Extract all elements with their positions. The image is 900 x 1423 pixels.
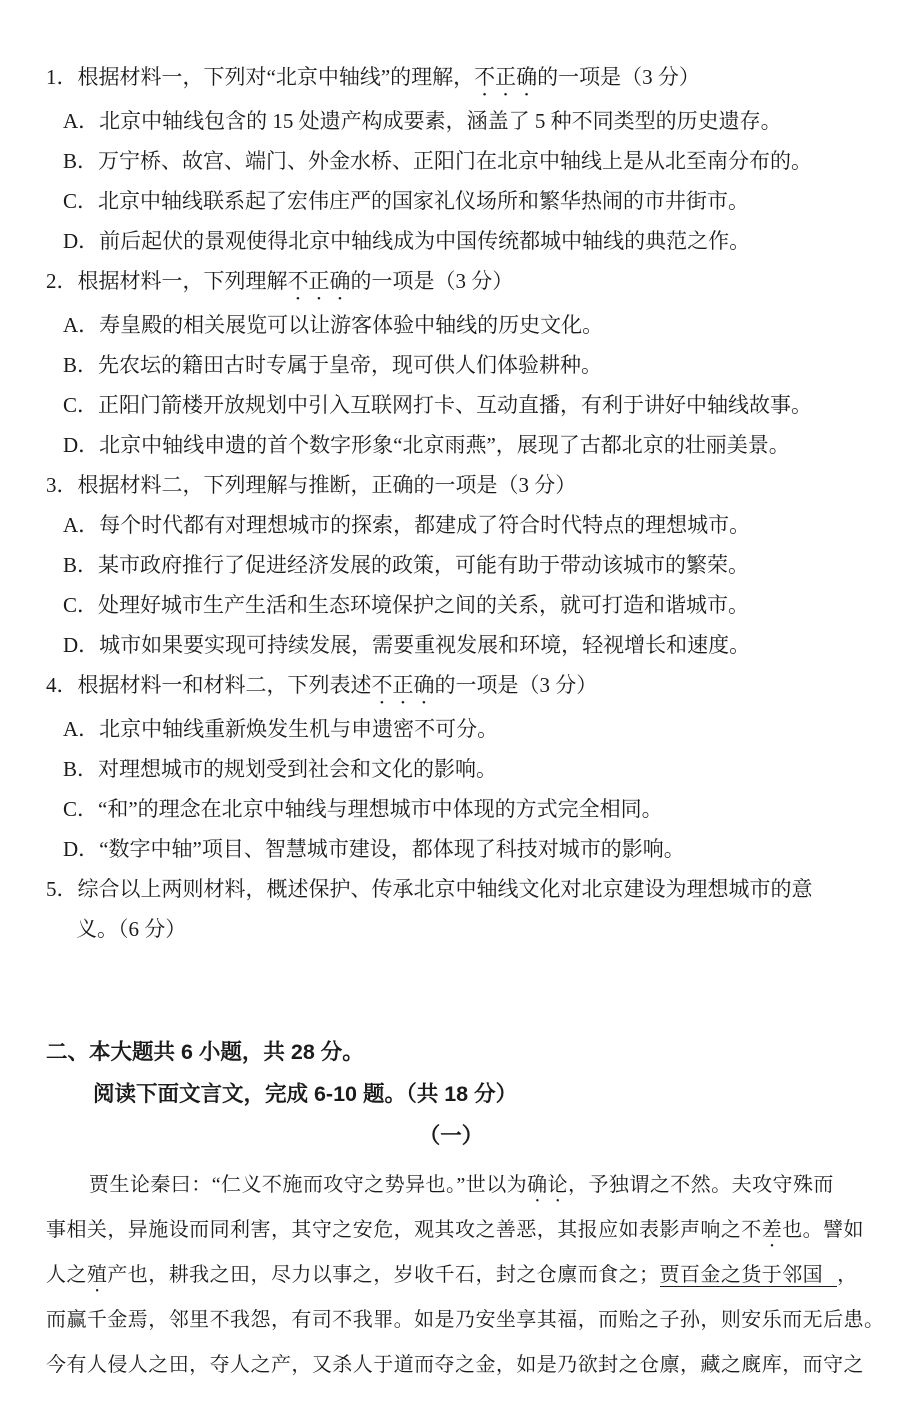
answer-option: D．前后起伏的景观使得北京中轴线成为中国传统都城中轴线的典范之作。 bbox=[46, 221, 856, 261]
question-number: 1． bbox=[46, 65, 78, 89]
text-run: 贾生论秦曰：“仁义不施而攻守之势异也。”世以为 bbox=[89, 1174, 527, 1196]
question-number: 5． bbox=[46, 877, 78, 901]
option-text: 正阳门箭楼开放规划中引入互联网打卡、互动直播，有利于讲好中轴线故事。 bbox=[98, 393, 812, 417]
text-run: 根据材料二，下列理解与推断，正确的一项是（3 分） bbox=[78, 473, 577, 497]
text-run: 也。譬如 bbox=[782, 1219, 864, 1241]
answer-option: A．每个时代都有对理想城市的探索，都建成了符合时代特点的理想城市。 bbox=[46, 505, 856, 545]
question-number: 4． bbox=[46, 673, 78, 697]
answer-option: B．万宁桥、故宫、端门、外金水桥、正阳门在北京中轴线上是从北至南分布的。 bbox=[46, 141, 856, 181]
option-label: A． bbox=[63, 109, 99, 133]
answer-option: D．城市如果要实现可持续发展，需要重视发展和环境，轻视增长和速度。 bbox=[46, 625, 856, 665]
answer-option: B．对理想城市的规划受到社会和文化的影响。 bbox=[46, 749, 856, 789]
exam-page: 1．根据材料一，下列对“北京中轴线”的理解，不正确的一项是（3 分）A．北京中轴… bbox=[0, 0, 900, 1423]
passage-part-label: （一） bbox=[46, 1115, 856, 1158]
answer-option: C．“和”的理念在北京中轴线与理想城市中体现的方式完全相同。 bbox=[46, 789, 856, 829]
passage-line: 事相关，异施设而同利害，其守之安危，观其攻之善恶，其报应如表影声响之不差也。譬如 bbox=[46, 1208, 856, 1253]
option-label: D． bbox=[63, 229, 99, 253]
option-text: 北京中轴线包含的 15 处遗产构成要素，涵盖了 5 种不同类型的历史遗存。 bbox=[99, 109, 782, 133]
emphasized-text: 差 bbox=[762, 1219, 782, 1241]
answer-option: C．正阳门箭楼开放规划中引入互联网打卡、互动直播，有利于讲好中轴线故事。 bbox=[46, 385, 856, 425]
emphasized-text: 殖 bbox=[87, 1264, 107, 1286]
answer-option: A．北京中轴线包含的 15 处遗产构成要素，涵盖了 5 种不同类型的历史遗存。 bbox=[46, 101, 856, 141]
text-run: 事相关，异施设而同利害，其守之安危，观其攻之善恶，其报应如表影声响之不 bbox=[46, 1219, 762, 1241]
option-label: B． bbox=[63, 353, 98, 377]
option-text: 北京中轴线申遗的首个数字形象“北京雨燕”，展现了古都北京的壮丽美景。 bbox=[99, 433, 790, 457]
option-text: 寿皇殿的相关展览可以让游客体验中轴线的历史文化。 bbox=[99, 313, 603, 337]
option-label: D． bbox=[63, 837, 99, 861]
passage-line: 人之殖产也，耕我之田，尽力以事之，岁收千石，封之仓廪而食之；贾百金之货于邻国， bbox=[46, 1253, 856, 1298]
emphasized-text: 不正确 bbox=[288, 269, 351, 293]
underlined-text: 贾百金之货于邻国 bbox=[660, 1264, 838, 1287]
question-4: 4．根据材料一和材料二，下列表述不正确的一项是（3 分）A．北京中轴线重新焕发生… bbox=[46, 665, 856, 869]
question-stem: 3．根据材料二，下列理解与推断，正确的一项是（3 分） bbox=[46, 465, 856, 505]
text-run: 的一项是（3 分） bbox=[351, 269, 514, 293]
reading-instruction: 阅读下面文言文，完成 6-10 题。（共 18 分） bbox=[46, 1073, 856, 1115]
text-run: 综合以上两则材料，概述保护、传承北京中轴线文化对北京建设为理想城市的意 bbox=[78, 877, 813, 901]
option-label: D． bbox=[63, 633, 99, 657]
option-text: 北京中轴线重新焕发生机与申遗密不可分。 bbox=[99, 717, 498, 741]
question-stem-continuation: 义。（6 分） bbox=[46, 909, 856, 949]
option-label: A． bbox=[63, 717, 99, 741]
option-label: A． bbox=[63, 313, 99, 337]
text-run: 的一项是（3 分） bbox=[537, 65, 700, 89]
answer-option: B．某市政府推行了促进经济发展的政策，可能有助于带动该城市的繁荣。 bbox=[46, 545, 856, 585]
emphasized-text: 不正确 bbox=[474, 65, 537, 89]
answer-option: C．处理好城市生产生活和生态环境保护之间的关系，就可打造和谐城市。 bbox=[46, 585, 856, 625]
question-stem: 2．根据材料一，下列理解不正确的一项是（3 分） bbox=[46, 261, 856, 305]
question-3: 3．根据材料二，下列理解与推断，正确的一项是（3 分）A．每个时代都有对理想城市… bbox=[46, 465, 856, 665]
option-text: 万宁桥、故宫、端门、外金水桥、正阳门在北京中轴线上是从北至南分布的。 bbox=[98, 149, 812, 173]
option-label: C． bbox=[63, 393, 98, 417]
text-run: 根据材料一，下列对“北京中轴线”的理解， bbox=[78, 65, 475, 89]
option-text: 某市政府推行了促进经济发展的政策，可能有助于带动该城市的繁荣。 bbox=[98, 553, 749, 577]
option-label: C． bbox=[63, 593, 98, 617]
text-run: 根据材料一和材料二，下列表述 bbox=[78, 673, 372, 697]
emphasized-text: 不正确 bbox=[372, 673, 435, 697]
option-label: C． bbox=[63, 189, 98, 213]
passage-line: 今有人侵人之田，夺人之产，又杀人于道而夺之金，如是乃欲封之仓廪，藏之廐库，而守之 bbox=[46, 1343, 856, 1388]
question-2: 2．根据材料一，下列理解不正确的一项是（3 分）A．寿皇殿的相关展览可以让游客体… bbox=[46, 261, 856, 465]
option-label: C． bbox=[63, 797, 98, 821]
answer-option: C．北京中轴线联系起了宏伟庄严的国家礼仪场所和繁华热闹的市井街市。 bbox=[46, 181, 856, 221]
text-run: 今有人侵人之田，夺人之产，又杀人于道而夺之金，如是乃欲封之仓廪，藏之廐库，而守之 bbox=[46, 1354, 864, 1376]
question-stem: 4．根据材料一和材料二，下列表述不正确的一项是（3 分） bbox=[46, 665, 856, 709]
classical-passage: 贾生论秦曰：“仁义不施而攻守之势异也。”世以为确论，予独谓之不然。夫攻守殊而事相… bbox=[46, 1163, 856, 1388]
answer-option: D．“数字中轴”项目、智慧城市建设，都体现了科技对城市的影响。 bbox=[46, 829, 856, 869]
option-label: B． bbox=[63, 757, 98, 781]
answer-option: A．北京中轴线重新焕发生机与申遗密不可分。 bbox=[46, 709, 856, 749]
option-text: 城市如果要实现可持续发展，需要重视发展和环境，轻视增长和速度。 bbox=[99, 633, 750, 657]
passage-line: 贾生论秦曰：“仁义不施而攻守之势异也。”世以为确论，予独谓之不然。夫攻守殊而 bbox=[46, 1163, 856, 1208]
questions-list: 1．根据材料一，下列对“北京中轴线”的理解，不正确的一项是（3 分）A．北京中轴… bbox=[46, 57, 856, 949]
option-label: B． bbox=[63, 149, 98, 173]
text-run: ，予独谓之不然。夫攻守殊而 bbox=[568, 1174, 834, 1196]
text-run: 的一项是（3 分） bbox=[435, 673, 598, 697]
option-text: 每个时代都有对理想城市的探索，都建成了符合时代特点的理想城市。 bbox=[99, 513, 750, 537]
option-label: A． bbox=[63, 513, 99, 537]
option-text: “和”的理念在北京中轴线与理想城市中体现的方式完全相同。 bbox=[98, 797, 663, 821]
option-text: 北京中轴线联系起了宏伟庄严的国家礼仪场所和繁华热闹的市井街市。 bbox=[98, 189, 749, 213]
answer-option: A．寿皇殿的相关展览可以让游客体验中轴线的历史文化。 bbox=[46, 305, 856, 345]
question-5: 5．综合以上两则材料，概述保护、传承北京中轴线文化对北京建设为理想城市的意义。（… bbox=[46, 869, 856, 949]
text-run: 产也，耕我之田，尽力以事之，岁收千石，封之仓廪而食之； bbox=[107, 1264, 659, 1286]
question-stem: 1．根据材料一，下列对“北京中轴线”的理解，不正确的一项是（3 分） bbox=[46, 57, 856, 101]
passage-line: 而赢千金焉，邻里不我怨，有司不我罪。如是乃安坐享其福，而贻之子孙，则安乐而无后患… bbox=[46, 1298, 856, 1343]
text-run: 人之 bbox=[46, 1264, 87, 1286]
option-text: 处理好城市生产生活和生态环境保护之间的关系，就可打造和谐城市。 bbox=[98, 593, 749, 617]
question-1: 1．根据材料一，下列对“北京中轴线”的理解，不正确的一项是（3 分）A．北京中轴… bbox=[46, 57, 856, 261]
option-label: D． bbox=[63, 433, 99, 457]
option-label: B． bbox=[63, 553, 98, 577]
question-number: 3． bbox=[46, 473, 78, 497]
text-run: 根据材料一，下列理解 bbox=[78, 269, 288, 293]
option-text: 先农坛的籍田古时专属于皇帝，现可供人们体验耕种。 bbox=[98, 353, 602, 377]
option-text: “数字中轴”项目、智慧城市建设，都体现了科技对城市的影响。 bbox=[99, 837, 685, 861]
question-stem: 5．综合以上两则材料，概述保护、传承北京中轴线文化对北京建设为理想城市的意 bbox=[46, 869, 856, 909]
answer-option: B．先农坛的籍田古时专属于皇帝，现可供人们体验耕种。 bbox=[46, 345, 856, 385]
section-two-heading: 二、本大题共 6 小题，共 28 分。 bbox=[46, 1031, 856, 1073]
text-run: 而赢千金焉，邻里不我怨，有司不我罪。如是乃安坐享其福，而贻之子孙，则安乐而无后患… bbox=[46, 1309, 884, 1331]
text-run: ， bbox=[837, 1264, 857, 1286]
multiple-choice-section: 1．根据材料一，下列对“北京中轴线”的理解，不正确的一项是（3 分）A．北京中轴… bbox=[46, 57, 856, 949]
emphasized-text: 确论 bbox=[527, 1174, 568, 1196]
answer-option: D．北京中轴线申遗的首个数字形象“北京雨燕”，展现了古都北京的壮丽美景。 bbox=[46, 425, 856, 465]
option-text: 前后起伏的景观使得北京中轴线成为中国传统都城中轴线的典范之作。 bbox=[99, 229, 750, 253]
classical-reading-section: 二、本大题共 6 小题，共 28 分。 阅读下面文言文，完成 6-10 题。（共… bbox=[46, 1031, 856, 1388]
question-number: 2． bbox=[46, 269, 78, 293]
option-text: 对理想城市的规划受到社会和文化的影响。 bbox=[98, 757, 497, 781]
